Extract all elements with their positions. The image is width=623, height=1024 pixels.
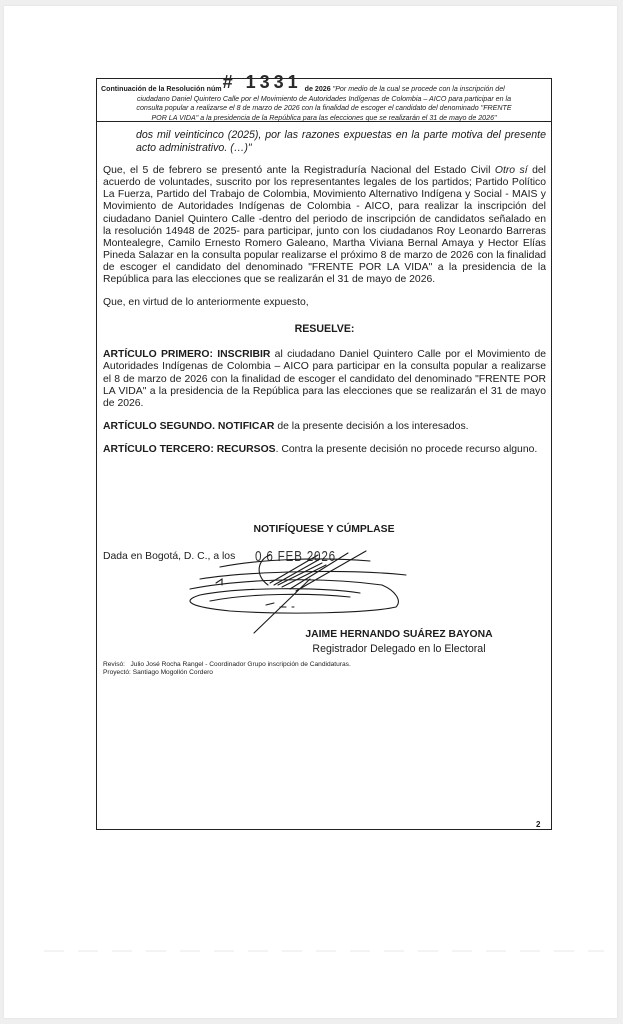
handwritten-signature — [170, 545, 410, 635]
header-title-line-3: consulta popular a realizarse el 8 de ma… — [101, 104, 547, 114]
article-third: ARTÍCULO TERCERO: RECURSOS. Contra la pr… — [103, 444, 546, 456]
footnotes: Revisó: Julio José Rocha Rangel - Coordi… — [103, 661, 351, 677]
article-first: ARTÍCULO PRIMERO: INSCRIBIR al ciudadano… — [103, 349, 546, 409]
article-second-text: de la presente decisión a los interesado… — [274, 421, 468, 432]
resolution-header-box: Continuación de la Resolución núm# 1331 … — [96, 78, 552, 122]
header-year: de 2026 — [305, 85, 331, 93]
page-number: 2 — [536, 820, 540, 829]
paragraph-virtud: Que, en virtud de lo anteriormente expue… — [103, 297, 546, 309]
signer-name: JAIME HERNANDO SUÁREZ BAYONA — [96, 629, 552, 640]
header-first-line: Continuación de la Resolución núm# 1331 … — [101, 81, 547, 95]
document-body: dos mil veinticinco (2025), por las razo… — [103, 124, 546, 456]
quoted-text: dos mil veinticinco (2025), por las razo… — [136, 129, 546, 154]
header-title-line-2: ciudadano Daniel Quintero Calle por el M… — [101, 95, 547, 105]
para1-rest: del acuerdo de voluntades, suscrito por … — [103, 165, 546, 285]
para1-start: Que, el 5 de febrero se presentó ante la… — [103, 165, 495, 176]
projected-value: Santiago Mogollón Cordero — [133, 669, 213, 676]
reviewed-line: Revisó: Julio José Rocha Rangel - Coordi… — [103, 661, 351, 669]
resolution-number: # 1331 — [223, 78, 302, 86]
article-third-text: . Contra la presente decisión no procede… — [276, 444, 538, 455]
paragraph-considerando: Que, el 5 de febrero se presentó ante la… — [103, 165, 546, 286]
notify-heading: NOTIFÍQUESE Y CÚMPLASE — [96, 524, 552, 535]
header-prefix: Continuación de la Resolución núm — [101, 85, 222, 93]
article-first-label: ARTÍCULO PRIMERO: INSCRIBIR — [103, 349, 270, 360]
para1-otro-si: Otro sí — [495, 165, 528, 176]
projected-label: Proyectó: — [103, 669, 131, 676]
signer-role: Registrador Delegado en lo Electoral — [96, 643, 552, 655]
reviewed-label: Revisó: — [103, 661, 125, 668]
bleed-through-text — [44, 950, 604, 952]
header-title-line-1: "Por medio de la cual se procede con la … — [333, 85, 505, 93]
reviewed-value: Julio José Rocha Rangel - Coordinador Gr… — [131, 661, 351, 668]
header-title-line-4: POR LA VIDA" a la presidencia de la Repú… — [101, 114, 547, 124]
article-second: ARTÍCULO SEGUNDO. NOTIFICAR de la presen… — [103, 421, 546, 433]
article-third-label: ARTÍCULO TERCERO: RECURSOS — [103, 444, 276, 455]
projected-line: Proyectó: Santiago Mogollón Cordero — [103, 669, 351, 677]
resuelve-heading: RESUELVE: — [103, 323, 546, 335]
article-second-label: ARTÍCULO SEGUNDO. NOTIFICAR — [103, 421, 274, 432]
